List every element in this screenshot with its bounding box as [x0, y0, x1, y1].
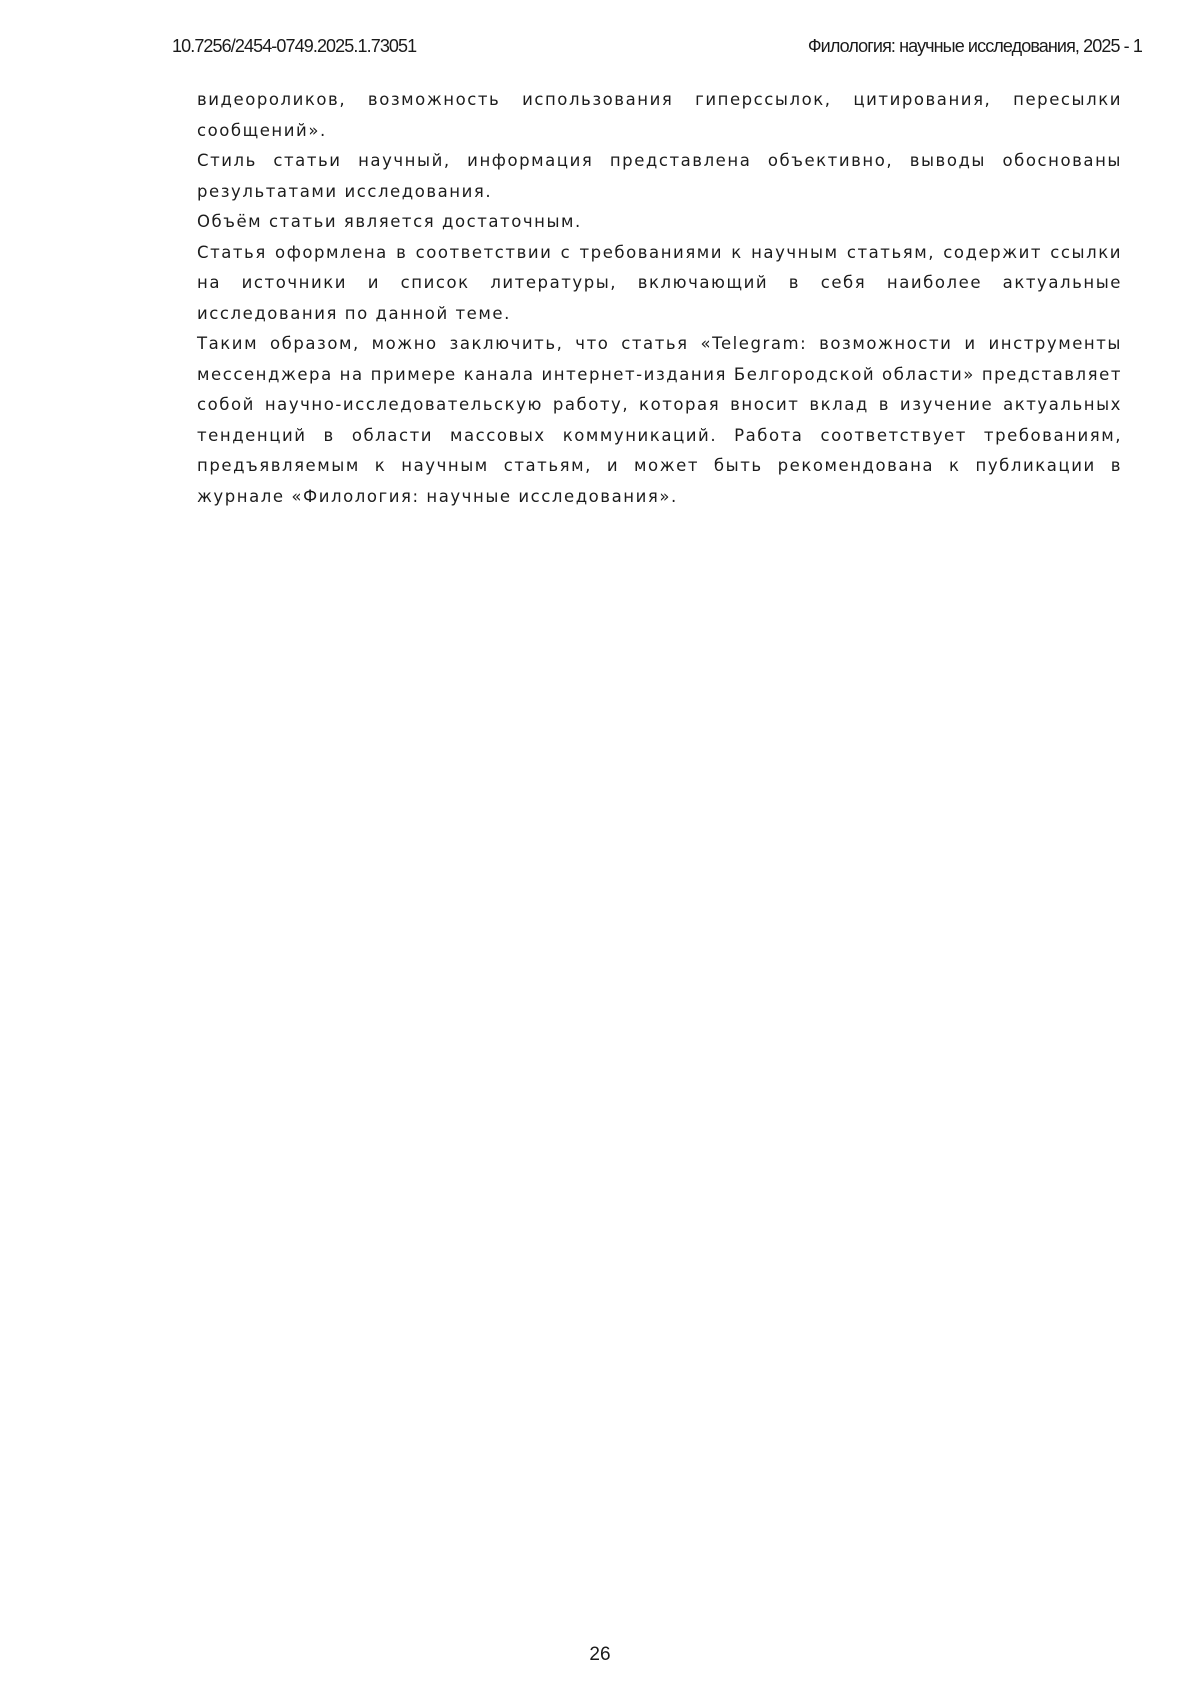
paragraph-video-features: видеороликов, возможность использования …: [197, 85, 1122, 146]
paragraph-style: Стиль статьи научный, информация предста…: [197, 146, 1122, 207]
running-header: 10.7256/2454-0749.2025.1.73051 Филология…: [172, 36, 1142, 60]
paragraph-conclusion: Таким образом, можно заключить, что стат…: [197, 329, 1122, 512]
paragraph-formatting: Статья оформлена в соответствии с требов…: [197, 238, 1122, 330]
page-number: 26: [0, 1644, 1200, 1666]
journal-title: Филология: научные исследования, 2025 - …: [808, 36, 1142, 57]
paragraph-volume: Объём статьи является достаточным.: [197, 207, 1122, 238]
doi-label: 10.7256/2454-0749.2025.1.73051: [172, 36, 416, 57]
article-body: видеороликов, возможность использования …: [197, 85, 1122, 512]
